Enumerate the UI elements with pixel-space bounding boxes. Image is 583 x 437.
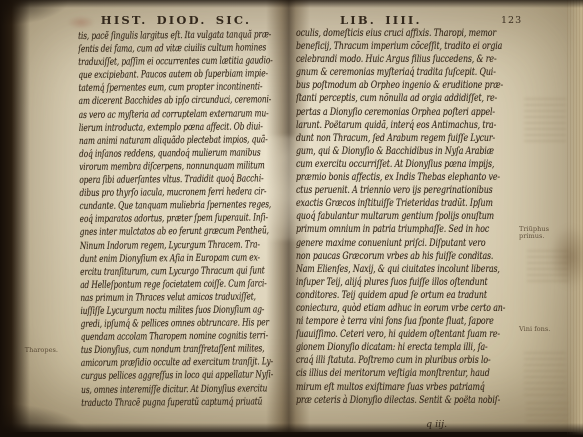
text-line: præ ceteris à Dionyſio dilectas. Sentit … bbox=[296, 394, 520, 407]
text-line: genere maxime conueniunt priſci. Diſputa… bbox=[296, 237, 520, 250]
text-line: cum exercitu occurriſſet. At Dionyſius p… bbox=[296, 158, 520, 171]
text-line: mirum eſt multos exiſtimare ſuas vrbes p… bbox=[296, 381, 520, 394]
right-running-header: LIB. IIII. bbox=[340, 13, 422, 27]
edge-shadow-blob bbox=[550, 226, 583, 288]
text-line: curgus pellices aggreſſus in loco qui ap… bbox=[81, 369, 278, 384]
text-line: gionem Dionyſio dicatam: hi erecta templ… bbox=[296, 341, 520, 354]
page-number: 123 bbox=[501, 15, 522, 26]
text-line: primum omnium in patria triumphaſſe. Sed… bbox=[296, 223, 520, 236]
text-line: exactis Græcos inſtituiſſe Trieteridas t… bbox=[296, 197, 520, 210]
photo-edge-top bbox=[0, 0, 583, 8]
text-line: craq́ illi ſtatuta. Poſtremo cum in plur… bbox=[296, 354, 520, 367]
showthrough-text-ghost bbox=[524, 98, 566, 144]
left-page: HIST. DIOD. SIC. tis, pacẽ ſingulis larg… bbox=[60, 0, 275, 437]
left-text-column: tis, pacẽ ſingulis largitus eſt. Ita vul… bbox=[78, 28, 278, 409]
text-line: ſtanti perceptis, cum nõnulla ad orgia a… bbox=[296, 92, 520, 105]
text-line: conditores. Teij quidem apud ſe ortum ea… bbox=[296, 289, 520, 302]
text-line: coniectura, quòd etiam adhuc in eorum vr… bbox=[296, 302, 520, 315]
text-line: gnes inter mulctatos ab eo ferunt græcum… bbox=[80, 225, 277, 240]
text-line: gum, qui & Dionyſio & Bacchidibus in Nyſ… bbox=[296, 145, 520, 158]
book-photograph: HIST. DIOD. SIC. tis, pacẽ ſingulis larg… bbox=[0, 0, 583, 437]
text-line: præmio bonis affectis, ex Indis Thebas e… bbox=[296, 171, 520, 184]
text-line: non paucas Græcorum vrbes ab his fuiſſe … bbox=[296, 250, 520, 263]
text-line: gnum & ceremonias myſteriaq́ tradita ſuſ… bbox=[296, 66, 520, 79]
margin-note-vini-fons: Vini fons. bbox=[519, 326, 559, 333]
text-line: inſuper Teij, alijq́ plures ſuos fuiſſe … bbox=[296, 276, 520, 289]
text-line: cis illius dei meritorum veſtigia monſtr… bbox=[296, 367, 520, 380]
text-line: Ninum Indorum regem, Lycurgum Thracem. T… bbox=[80, 238, 277, 253]
right-page: LIB. IIII. 123 oculis, domeſticis eius c… bbox=[296, 0, 526, 437]
showthrough-text-ghost bbox=[526, 402, 568, 424]
photo-corner-bottom-left bbox=[0, 403, 90, 437]
text-line: ni tempore è terra vini fons ſua ſponte … bbox=[296, 315, 520, 328]
text-line: ctus peruenit. A triennio vero ijs pereg… bbox=[296, 184, 520, 197]
right-text-column: oculis, domeſticis eius cruci affixis. T… bbox=[296, 27, 520, 407]
fore-edge-page-stack bbox=[567, 0, 583, 437]
text-line: am dicerent Bacchides ab ipſo circunduci… bbox=[79, 94, 276, 109]
text-line: Nam Elienſes, Naxij, & qui ciuitates inc… bbox=[296, 263, 520, 276]
text-line: quoq́ fabulantur multarum gentium ſpolij… bbox=[296, 210, 520, 223]
photo-edge-left bbox=[0, 0, 30, 437]
text-line: bus poſtmodum ab Orpheo ingenio & erudit… bbox=[296, 79, 520, 92]
photo-corner-top-left bbox=[0, 0, 70, 26]
text-line: pertas a Dionyſio ceremonias Orphea poſt… bbox=[296, 106, 520, 119]
text-line: ſuauiſſimo. Ceteri vero, hi quidem oſten… bbox=[296, 328, 520, 341]
text-line: as vero ac myſteria ad corruptelam exter… bbox=[79, 107, 276, 122]
text-line: dunt enim Dionyſium ex Aſia in Europam c… bbox=[80, 251, 277, 266]
text-line: dunt non Thracum, ſed Arabum regem fuiſſ… bbox=[296, 132, 520, 145]
text-line: us, omnes interemiſſe dicitur. At Dionyſ… bbox=[81, 382, 278, 397]
text-line: oculis, domeſticis eius cruci affixis. T… bbox=[296, 27, 520, 40]
showthrough-text-ghost bbox=[524, 352, 566, 396]
text-line: beneficij, Thracum imperium cõceſſit, tr… bbox=[296, 40, 520, 53]
text-line: celebrandi modo. Huic Argus filius ſucce… bbox=[296, 53, 520, 66]
text-line: larunt. Poëtarum quidã, interq́ eos Anti… bbox=[296, 119, 520, 132]
text-line: traducto Thracẽ pugna ſuperatũ captumq́ … bbox=[81, 395, 278, 410]
left-running-header: HIST. DIOD. SIC. bbox=[78, 13, 274, 27]
